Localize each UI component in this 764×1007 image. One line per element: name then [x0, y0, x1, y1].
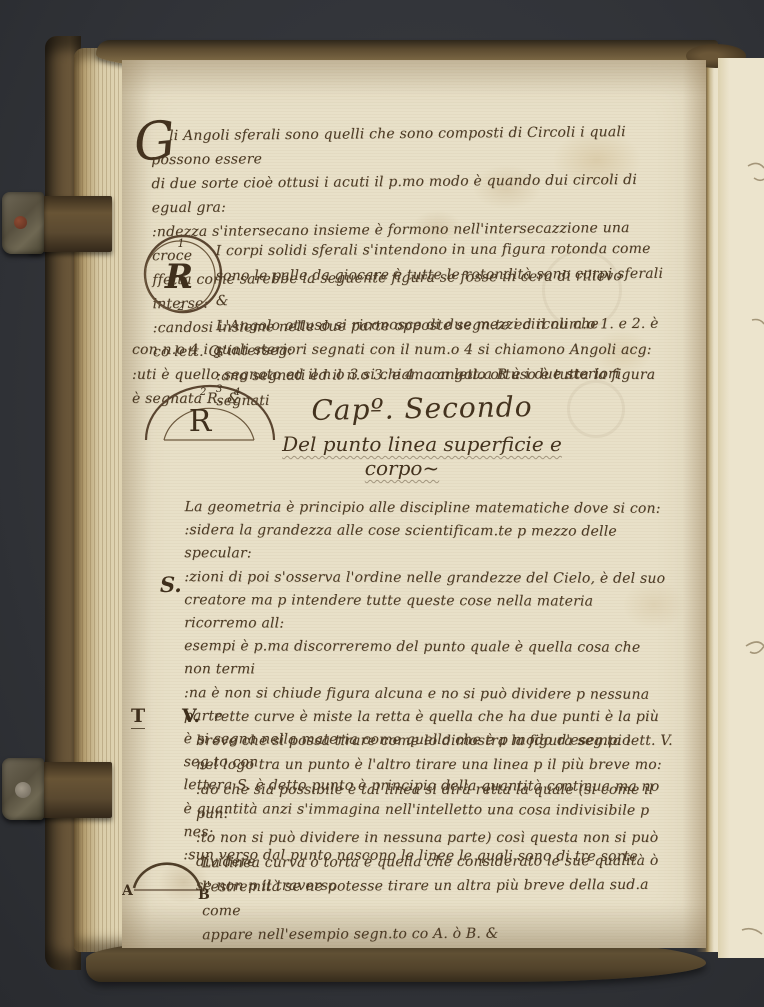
margin-letter-t: T — [131, 705, 145, 729]
arc-figure-tick-3: 3 — [216, 384, 222, 395]
arc-figure-tick-4: 4 — [233, 387, 240, 398]
margin-letter-s: S. — [160, 572, 182, 597]
chapter-subheading-line1: Del punto linea superficie e — [272, 432, 572, 456]
clasp-bottom-metal-plate — [2, 758, 44, 820]
chapter-heading: Capº. Secondo — [272, 389, 573, 427]
bottom-arc-label-a: A — [122, 883, 134, 899]
paragraph-5: La linea curva ò torta è quella che cons… — [202, 849, 672, 947]
next-page-sliver — [718, 58, 764, 958]
arc-figure-tick-2: 2 — [199, 387, 206, 398]
next-page-ink-marks — [718, 58, 764, 958]
arc-figure: 2 3 4 R — [142, 384, 287, 446]
circle-figure-bottom-number: 2 — [177, 300, 185, 313]
arc-figure-letter: R — [189, 404, 213, 439]
circle-figure-top-number: 1 — [178, 237, 185, 250]
circle-figure-letter: R — [164, 257, 193, 297]
manuscript-page: G li Angoli sferali sono quelli che sono… — [122, 60, 706, 948]
clasp-top-metal-plate — [2, 192, 44, 254]
manuscript-photo: G li Angoli sferali sono quelli che sono… — [0, 0, 764, 1007]
clasp-top-rivet — [14, 216, 27, 229]
circle-figure: 1 R 2 — [138, 232, 226, 318]
chapter-subheading-line2: corpo~ — [252, 456, 552, 480]
clasp-bottom-rivet — [15, 782, 31, 798]
